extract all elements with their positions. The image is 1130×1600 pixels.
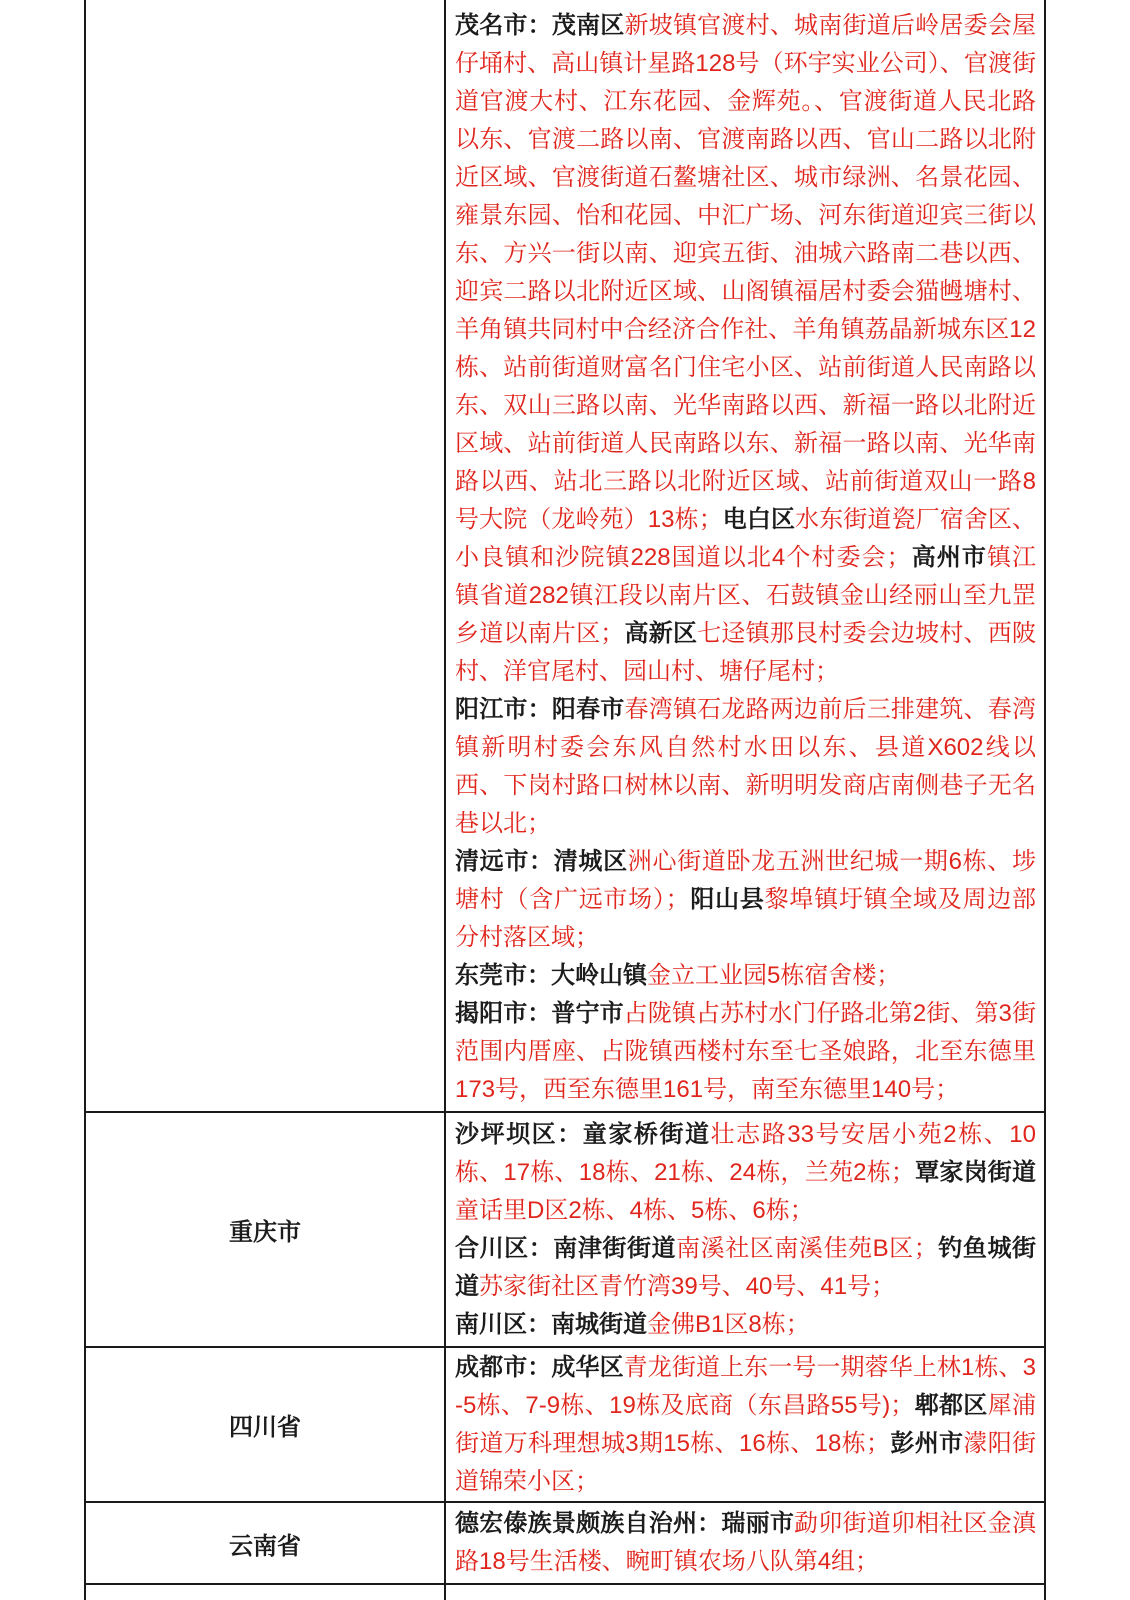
table-row-chongqing: 重庆市 沙坪坝区：童家桥街道壮志路33号安居小苑2栋、10栋、17栋、18栋、2…	[86, 1113, 1044, 1348]
region-name-bold: 德宏傣族景颇族自治州：瑞丽市	[455, 1510, 794, 1537]
region-name-bold: 南川区：南城街道	[455, 1311, 647, 1338]
city-area-paragraph-dongguan: 东莞市：大岭山镇金立工业园5栋宿舍楼；	[455, 957, 1036, 995]
detail-cell: 茂名市：茂南区新坡镇官渡村、城南街道后岭居委会屋仔埇村、高山镇计星路128号（环…	[446, 0, 1044, 1111]
city-area-paragraph-dehong: 德宏傣族景颇族自治州：瑞丽市勐卯街道卯相社区金滇路18号生活楼、畹町镇农场八队第…	[455, 1505, 1036, 1581]
city-area-paragraph-chengdu: 成都市：成华区青龙街道上东一号一期蓉华上林1栋、3-5栋、7-9栋、19栋及底商…	[455, 1349, 1036, 1501]
province-label: 重庆市	[229, 1212, 301, 1247]
province-cell	[86, 1585, 446, 1600]
table-row-yunnan: 云南省 德宏傣族景颇族自治州：瑞丽市勐卯街道卯相社区金滇路18号生活楼、畹町镇农…	[86, 1503, 1044, 1585]
city-area-paragraph-maoming: 茂名市：茂南区新坡镇官渡村、城南街道后岭居委会屋仔埇村、高山镇计星路128号（环…	[455, 7, 1036, 691]
region-name-bold: 揭阳市：普宁市	[455, 1000, 624, 1027]
area-list-red: 苏家街社区青竹湾39号、40号、41号；	[479, 1273, 895, 1300]
area-list-red: 南溪社区南溪佳苑B区；	[676, 1235, 938, 1262]
table-row-sichuan: 四川省 成都市：成华区青龙街道上东一号一期蓉华上林1栋、3-5栋、7-9栋、19…	[86, 1348, 1044, 1503]
city-area-paragraph-nanchuan: 南川区：南城街道金佛B1区8栋；	[455, 1306, 1036, 1344]
region-name-bold: 电白区	[723, 506, 795, 533]
city-area-paragraph-shapingba: 沙坪坝区：童家桥街道壮志路33号安居小苑2栋、10栋、17栋、18栋、21栋、2…	[455, 1116, 1036, 1230]
region-name-bold: 高新区	[624, 620, 697, 647]
province-cell	[86, 0, 446, 1111]
province-label: 云南省	[229, 1526, 301, 1561]
table-row-next-partial	[86, 1585, 1044, 1600]
table-row-guangdong: 茂名市：茂南区新坡镇官渡村、城南街道后岭居委会屋仔埇村、高山镇计星路128号（环…	[86, 0, 1044, 1113]
region-name-bold: 合川区：南津街街道	[455, 1235, 676, 1262]
detail-cell: 成都市：成华区青龙街道上东一号一期蓉华上林1栋、3-5栋、7-9栋、19栋及底商…	[446, 1348, 1044, 1501]
detail-cell: 沙坪坝区：童家桥街道壮志路33号安居小苑2栋、10栋、17栋、18栋、21栋、2…	[446, 1113, 1044, 1346]
city-area-paragraph-jieyang: 揭阳市：普宁市占陇镇占苏村水门仔路北第2街、第3街范围内厝座、占陇镇西楼村东至七…	[455, 995, 1036, 1109]
region-name-bold: 茂名市：茂南区	[455, 12, 625, 39]
region-name-bold: 沙坪坝区：童家桥街道	[455, 1121, 711, 1148]
area-list-red: 童话里D区2栋、4栋、5栋、6栋；	[455, 1197, 814, 1224]
detail-cell: 德宏傣族景颇族自治州：瑞丽市勐卯街道卯相社区金滇路18号生活楼、畹町镇农场八队第…	[446, 1503, 1044, 1583]
area-list-red: 新坡镇官渡村、城南街道后岭居委会屋仔埇村、高山镇计星路128号（环宇实业公司）、…	[455, 12, 1036, 533]
region-name-bold: 清远市：清城区	[455, 848, 628, 875]
province-cell: 重庆市	[86, 1113, 446, 1346]
province-cell: 云南省	[86, 1503, 446, 1583]
area-list-red: 金立工业园5栋宿舍楼；	[647, 962, 900, 989]
risk-area-table: 茂名市：茂南区新坡镇官渡村、城南街道后岭居委会屋仔埇村、高山镇计星路128号（环…	[84, 0, 1046, 1600]
region-name-bold: 郫都区	[914, 1392, 987, 1419]
province-cell: 四川省	[86, 1348, 446, 1501]
detail-cell	[446, 1585, 1044, 1600]
region-name-bold: 东莞市：大岭山镇	[455, 962, 647, 989]
city-area-paragraph-yangjiang: 阳江市：阳春市春湾镇石龙路两边前后三排建筑、春湾镇新明村委会东风自然村水田以东、…	[455, 691, 1036, 843]
region-name-bold: 覃家岗街道	[915, 1159, 1036, 1186]
region-name-bold: 成都市：成华区	[455, 1354, 624, 1381]
region-name-bold: 彭州市	[890, 1430, 963, 1457]
province-label: 四川省	[229, 1407, 301, 1442]
region-name-bold: 高州市	[911, 544, 987, 571]
area-list-red: 金佛B1区8栋；	[647, 1311, 810, 1338]
city-area-paragraph-qingyuan: 清远市：清城区洲心街道卧龙五洲世纪城一期6栋、埗塘村（含广远市场）；阳山县黎埠镇…	[455, 843, 1036, 957]
city-area-paragraph-hechuan: 合川区：南津街街道南溪社区南溪佳苑B区；钓鱼城街道苏家街社区青竹湾39号、40号…	[455, 1230, 1036, 1306]
region-name-bold: 阳山县	[690, 886, 765, 913]
region-name-bold: 阳江市：阳春市	[455, 696, 625, 723]
